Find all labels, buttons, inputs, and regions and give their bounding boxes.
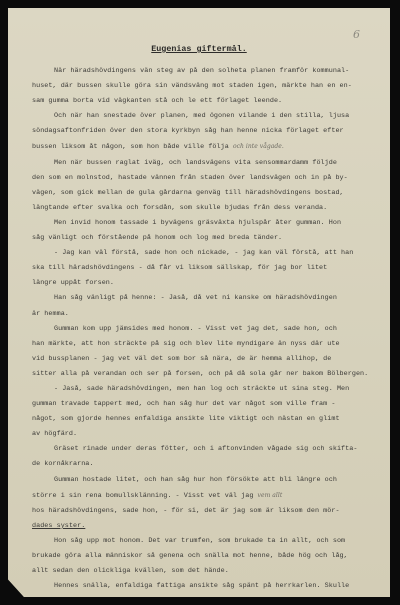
document-title: Eugenias giftermål. (8, 44, 390, 54)
text-line: något, som gjorde hennes enfaldiga ansik… (32, 412, 376, 427)
text-line: sitter alla på verandan och ser på forse… (32, 367, 376, 382)
text-line: gumman travade tappert med, och han såg … (32, 397, 376, 412)
text-line: söndagsaftonfriden över den stora kyrkby… (32, 124, 376, 139)
handwritten-annotation: och inte vågade. (233, 143, 284, 150)
text-line: Men invid honom tassade i byvägens gräsv… (32, 216, 376, 231)
text-line: Gräset rinade under deras fötter, och i … (32, 442, 376, 457)
text-line: såg vänligt och förstående på honom och … (32, 231, 376, 246)
text-line: vägen, som gick mellan de gula gårdarna … (32, 186, 376, 201)
document-body: När häradshövdingens vän steg av på den … (32, 64, 376, 594)
text-line: är hemma. (32, 307, 376, 322)
text-line: den som en molnstod, hastade vännen från… (32, 171, 376, 186)
underlined-text-line: dades syster. (32, 519, 376, 534)
handwritten-annotation: vem allt (258, 492, 283, 499)
text-line: - Jaså, sade häradshövdingen, men han lo… (32, 382, 376, 397)
text-line: Gumman hostade litet, och han såg hur ho… (32, 473, 376, 488)
text-line: längtande efter svalka och forsdån, som … (32, 201, 376, 216)
text-line: Gumman kom upp jämsides med honom. - Vis… (32, 322, 376, 337)
text-line: allt sedan den olickliga kvällen, som de… (32, 564, 376, 579)
text-line: - Jag kan väl förstå, sade hon och nicka… (32, 246, 376, 261)
page-number: 6 (353, 28, 360, 41)
text-line: Hon såg upp mot honom. Det var trumfen, … (32, 534, 376, 549)
text-line: brukade göra alla människor så genena oc… (32, 549, 376, 564)
text-line: större i sin rena bomullsklänning. - Vis… (32, 488, 376, 504)
text-line: de kornåkrarna. (32, 457, 376, 472)
text-line: När häradshövdingens vän steg av på den … (32, 64, 376, 79)
text-segment: större i sin rena bomullsklänning. - Vis… (32, 492, 253, 500)
text-line: hos häradshövdingens, sade hon, - för si… (32, 504, 376, 519)
text-line: Och när han snestade över planen, med ög… (32, 109, 376, 124)
text-line: längre uppåt forsen. (32, 276, 376, 291)
text-segment: bussen liksom åt någon, som hon både vil… (32, 143, 229, 151)
document-page: 6 Eugenias giftermål. När häradshövdinge… (8, 8, 390, 597)
text-line: av högfärd. (32, 427, 376, 442)
text-line: Han såg vänligt på henne: - Jaså, då vet… (32, 291, 376, 306)
text-line: Men när bussen raglat iväg, och landsväg… (32, 156, 376, 171)
text-line: huset, där bussen skulle göra sin vändsv… (32, 79, 376, 94)
text-line: bussen liksom åt någon, som hon både vil… (32, 139, 376, 155)
text-line: vid bussplanen - jag vet väl det som bor… (32, 352, 376, 367)
text-line: ska till häradshövdingens - då får vi li… (32, 261, 376, 276)
text-line: han märkte, att hon sträckte på sig och … (32, 337, 376, 352)
text-line: Hennes snälla, enfaldiga fattiga ansikte… (32, 579, 376, 594)
text-line: sam gumma borta vid vägkanten stå och le… (32, 94, 376, 109)
